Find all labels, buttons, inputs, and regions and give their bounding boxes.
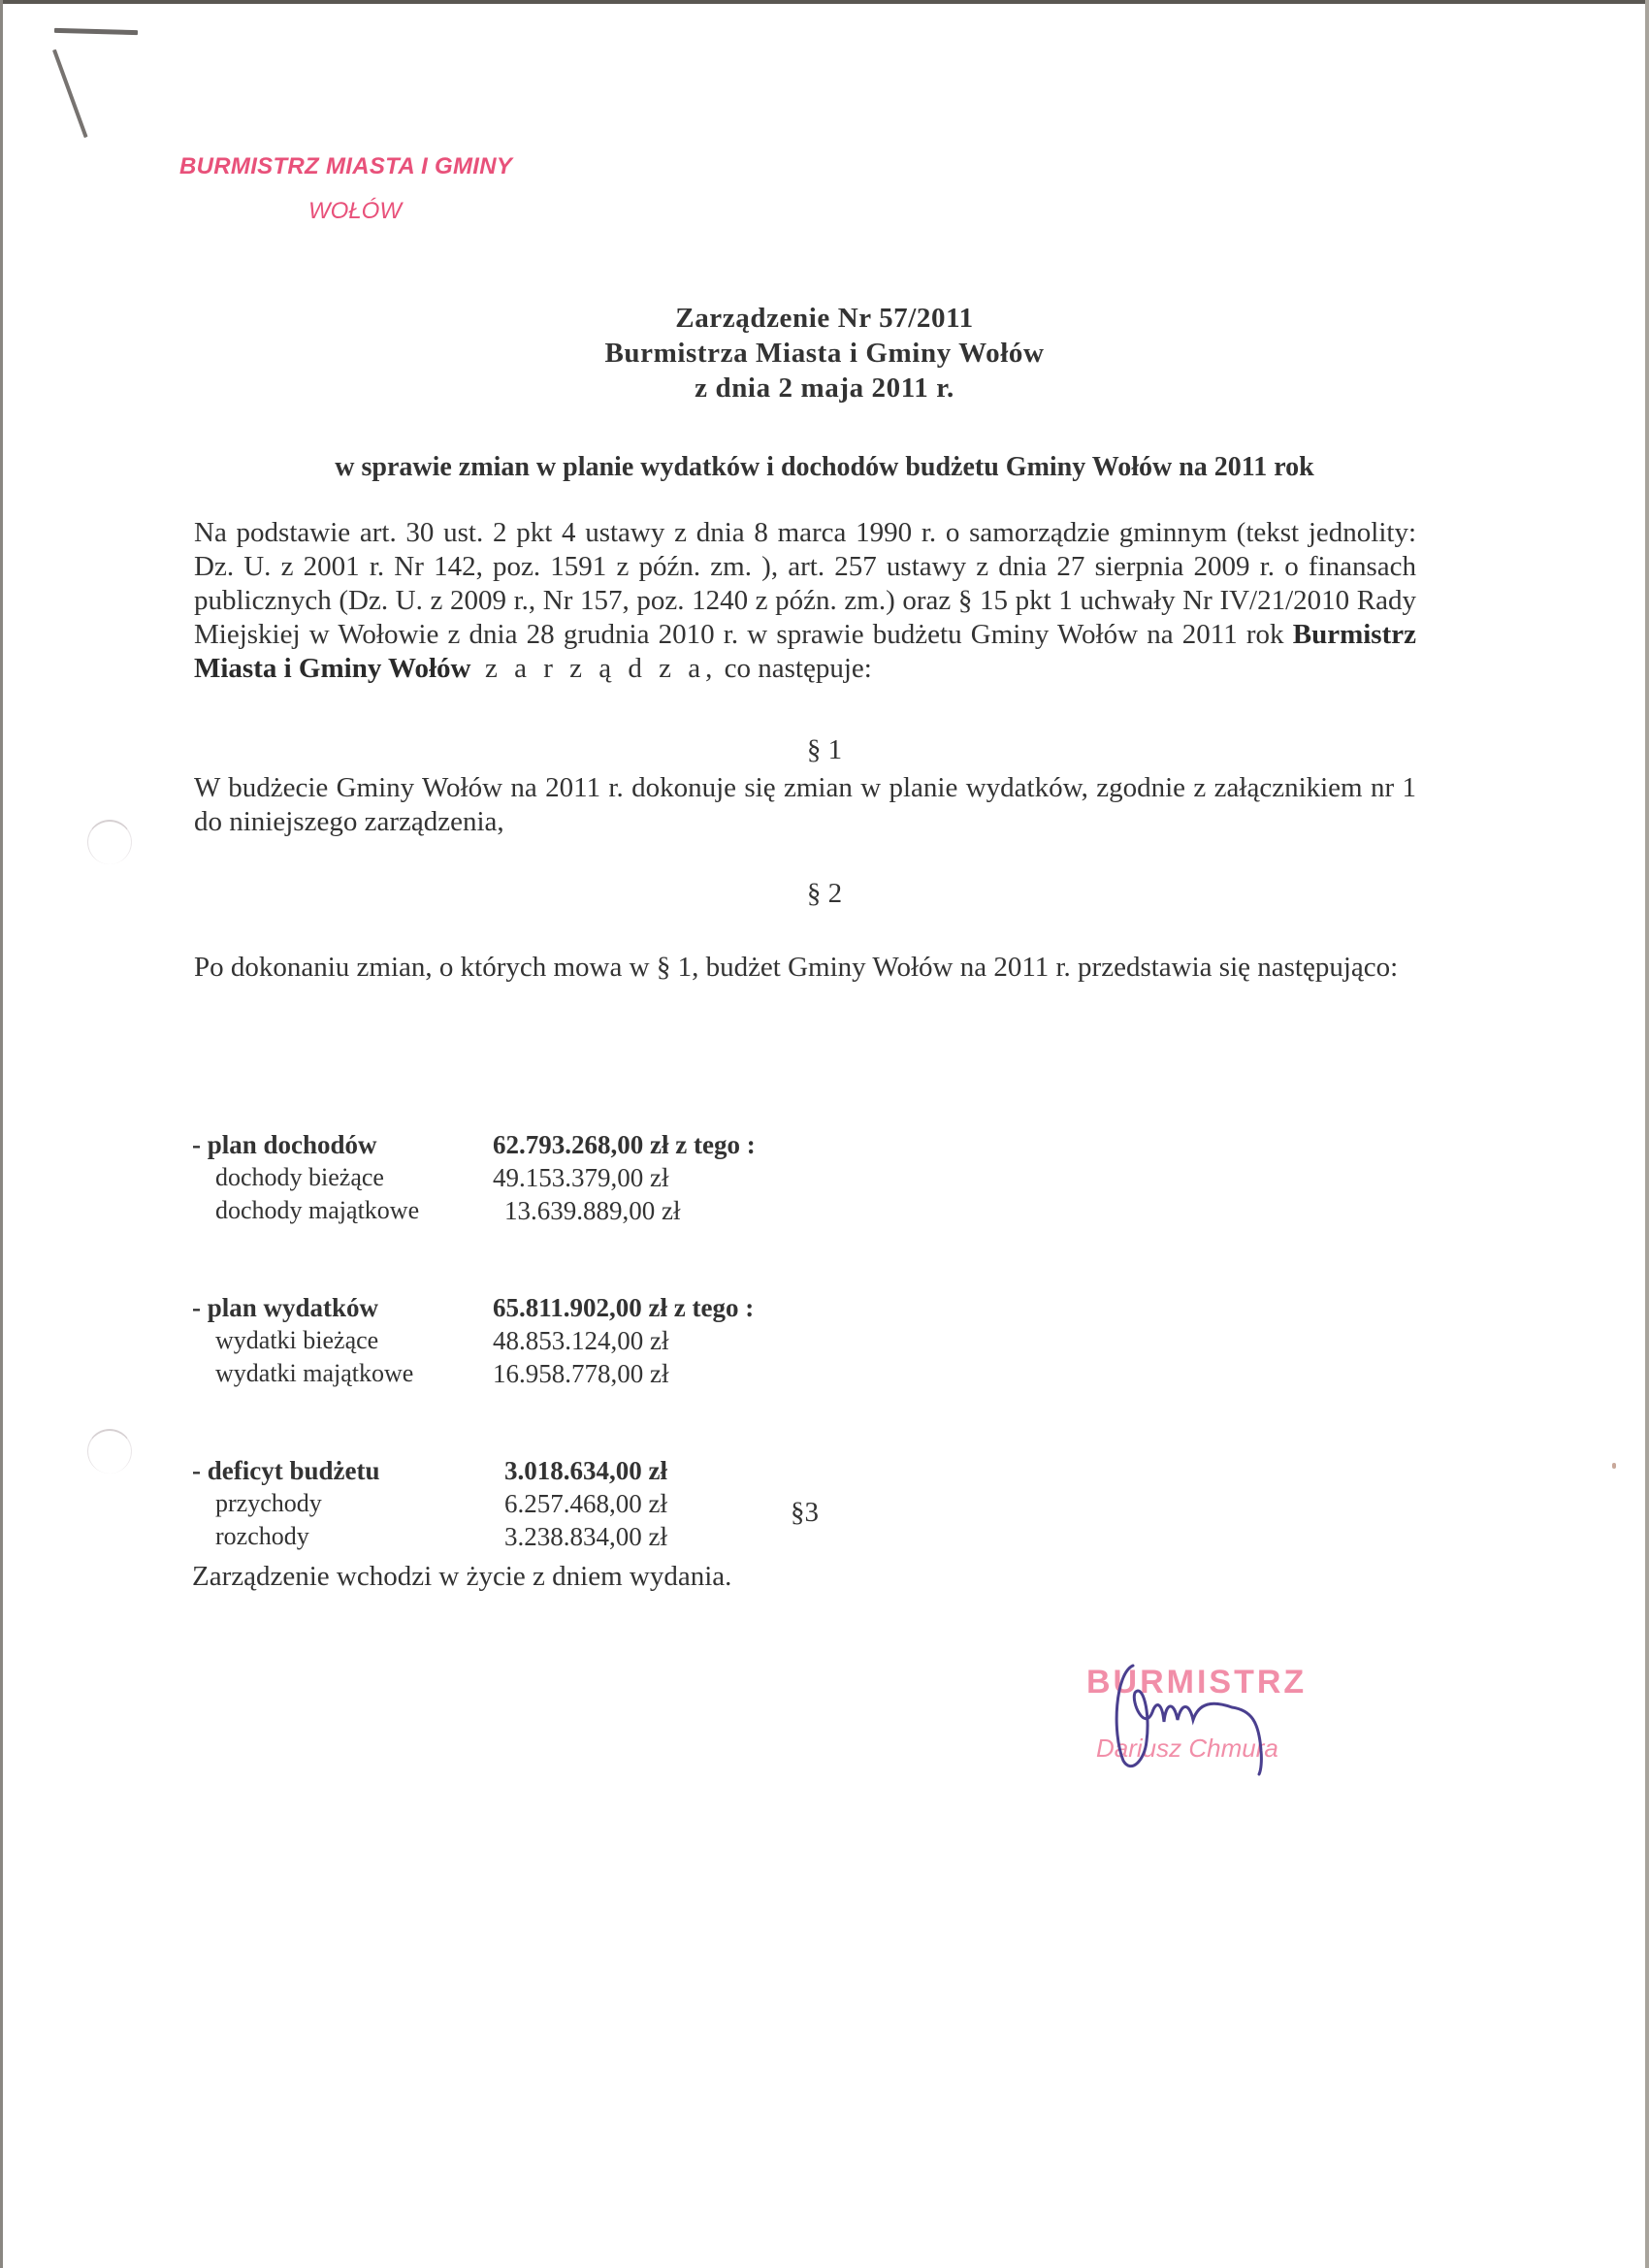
document-title: Zarządzenie Nr 57/2011 <box>0 303 1649 335</box>
budget-row: dochody majątkowe 13.639.889,00 zł <box>192 1194 871 1227</box>
income-value: 62.793.268,00 zł z tego : <box>493 1128 756 1161</box>
budget-item-value: 6.257.468,00 zł <box>504 1487 667 1520</box>
section-3-text: Zarządzenie wchodzi w życie z dniem wyda… <box>192 1561 731 1593</box>
budget-item-label: rozchody <box>215 1520 309 1553</box>
expenses-value: 65.811.902,00 zł z tego : <box>493 1291 754 1324</box>
legal-basis-paragraph: Na podstawie art. 30 ust. 2 pkt 4 ustawy… <box>194 516 1416 686</box>
income-label: - plan dochodów <box>192 1128 377 1161</box>
handwritten-signature <box>1106 1654 1300 1780</box>
punch-hole <box>87 820 132 864</box>
budget-item-label: przychody <box>215 1487 322 1520</box>
budget-row-expenses: - plan wydatków 65.811.902,00 zł z tego … <box>192 1291 871 1324</box>
legal-basis-closing: co następuje: <box>725 653 872 684</box>
budget-row: rozchody 3.238.834,00 zł <box>192 1520 871 1553</box>
budget-item-value: 3.238.834,00 zł <box>504 1520 667 1553</box>
section-3-mark: §3 <box>791 1497 819 1529</box>
section-2-mark: § 2 <box>0 878 1649 910</box>
header-stamp-line1: BURMISTRZ MIASTA I GMINY <box>179 153 512 180</box>
document-subject: w sprawie zmian w planie wydatków i doch… <box>0 452 1649 483</box>
budget-row: wydatki majątkowe 16.958.778,00 zł <box>192 1357 871 1390</box>
punch-hole <box>87 1429 132 1474</box>
scan-edge-top <box>0 0 1649 4</box>
scan-speck <box>1612 1463 1616 1469</box>
budget-item-value: 16.958.778,00 zł <box>493 1357 669 1390</box>
budget-item-value: 48.853.124,00 zł <box>493 1324 669 1357</box>
budget-summary: - plan dochodów 62.793.268,00 zł z tego … <box>192 1128 871 1553</box>
budget-row: wydatki bieżące 48.853.124,00 zł <box>192 1324 871 1357</box>
budget-item-value: 13.639.889,00 zł <box>504 1194 681 1227</box>
deficit-value: 3.018.634,00 zł <box>504 1454 667 1487</box>
budget-item-value: 49.153.379,00 zł <box>493 1161 669 1194</box>
legal-basis-text: Na podstawie art. 30 ust. 2 pkt 4 ustawy… <box>194 517 1416 650</box>
section-1-text: W budżecie Gminy Wołów na 2011 r. dokonu… <box>194 771 1416 839</box>
header-stamp-line2: WOŁÓW <box>308 198 402 225</box>
deficit-label: - deficyt budżetu <box>192 1454 379 1487</box>
decree-word: z a r z ą d z a, <box>485 653 717 684</box>
budget-item-label: wydatki majątkowe <box>215 1357 413 1390</box>
budget-item-label: dochody bieżące <box>215 1161 384 1194</box>
staple-mark <box>54 28 138 35</box>
budget-row: przychody 6.257.468,00 zł <box>192 1487 871 1520</box>
section-1-mark: § 1 <box>0 734 1649 766</box>
section-2-text: Po dokonaniu zmian, o których mowa w § 1… <box>194 951 1416 985</box>
budget-row: dochody bieżące 49.153.379,00 zł <box>192 1161 871 1194</box>
document-issuer: Burmistrza Miasta i Gminy Wołów <box>0 338 1649 370</box>
budget-row-deficit: - deficyt budżetu 3.018.634,00 zł <box>192 1454 871 1487</box>
budget-item-label: dochody majątkowe <box>215 1194 419 1227</box>
expenses-label: - plan wydatków <box>192 1291 378 1324</box>
document-date: z dnia 2 maja 2011 r. <box>0 373 1649 405</box>
budget-item-label: wydatki bieżące <box>215 1324 378 1357</box>
budget-row-income: - plan dochodów 62.793.268,00 zł z tego … <box>192 1128 871 1161</box>
staple-mark <box>52 49 88 139</box>
